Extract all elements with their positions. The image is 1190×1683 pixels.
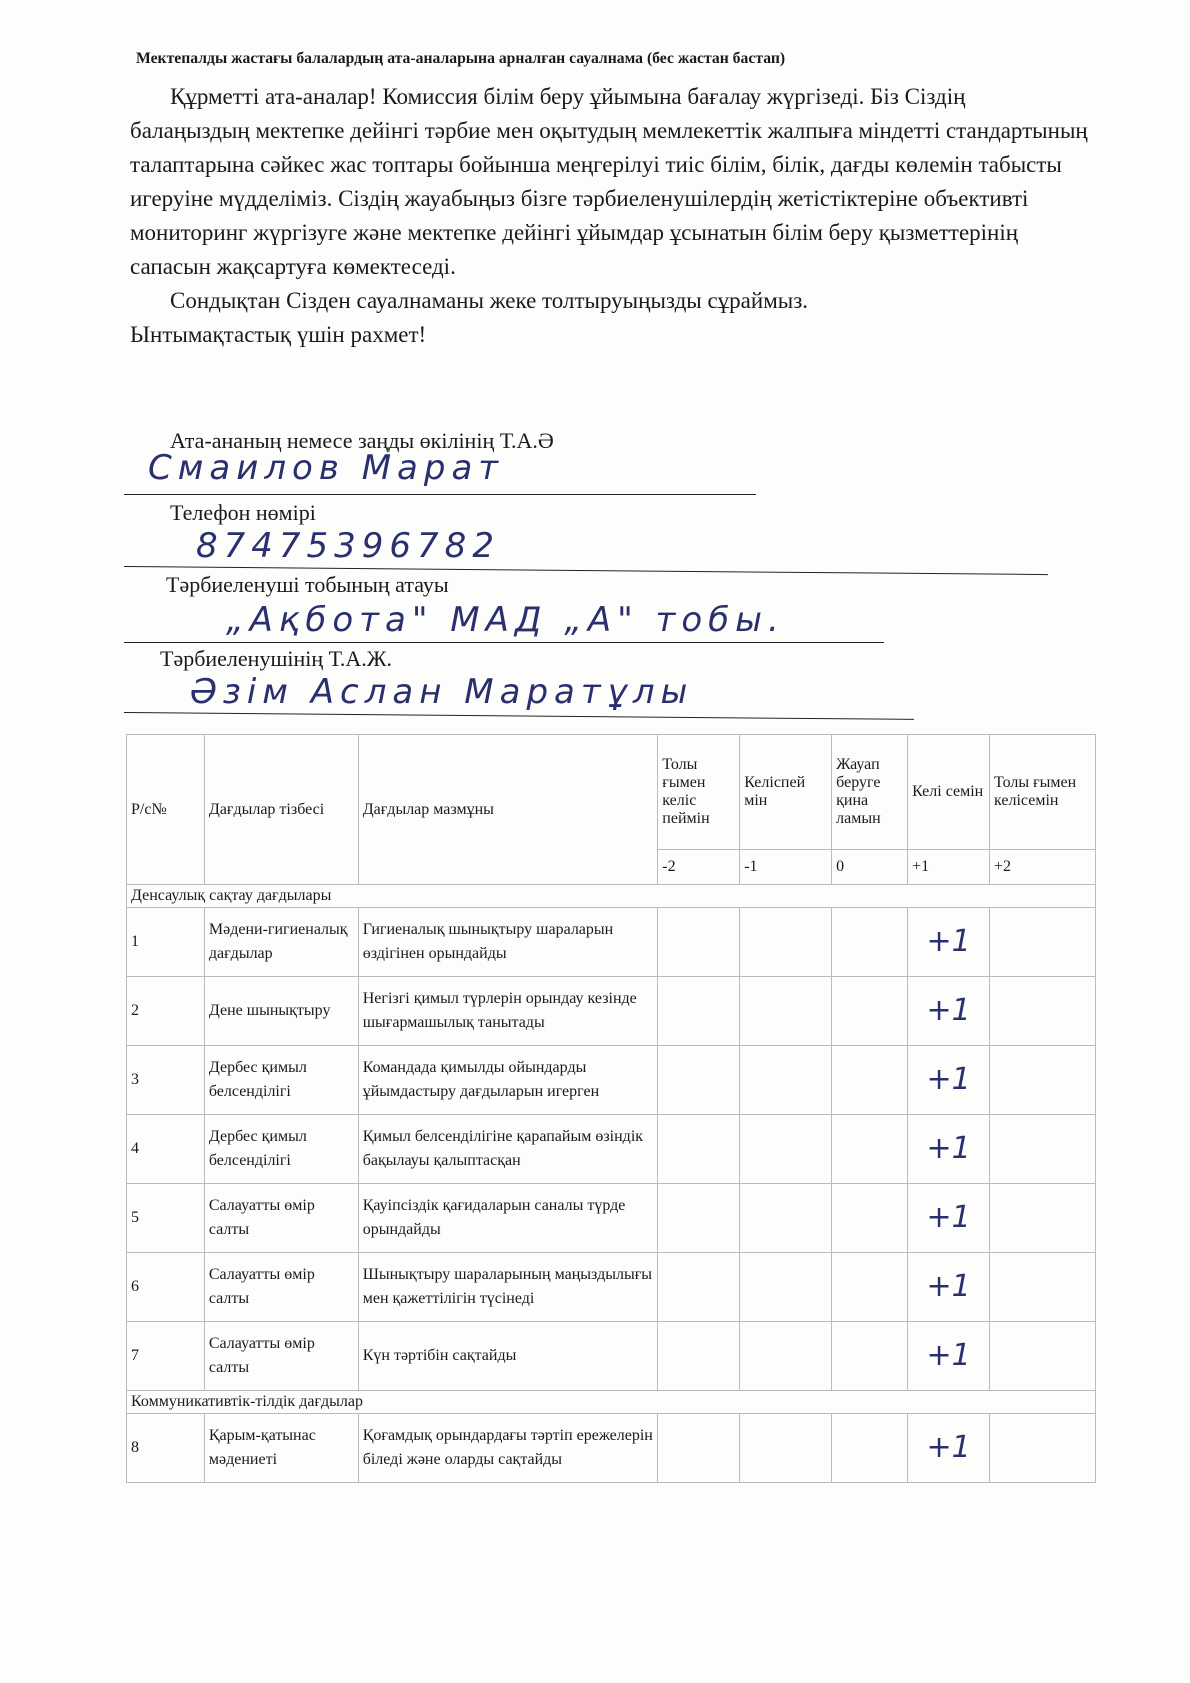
cell-content: Күн тәртібін сақтайды [358, 1322, 658, 1391]
answer-cell[interactable] [740, 1322, 832, 1391]
answer-cell[interactable] [658, 1253, 740, 1322]
group-name-label: Тәрбиеленуші тобының атауы [166, 572, 449, 598]
scale-value: +2 [990, 850, 1096, 885]
answer-cell[interactable] [990, 1115, 1096, 1184]
answer-cell[interactable] [740, 1184, 832, 1253]
answer-cell[interactable] [658, 1322, 740, 1391]
table-row: 8Қарым-қатынас мәдениетіҚоғамдық орындар… [127, 1414, 1096, 1483]
answer-cell[interactable] [990, 1414, 1096, 1483]
survey-table: Р/с№ Дағдылар тізбесі Дағдылар мазмұны Т… [126, 734, 1096, 1483]
section-title: Денсаулық сақтау дағдылары [127, 885, 1096, 908]
table-row: 6Салауатты өмір салтыШынықтыру шараларын… [127, 1253, 1096, 1322]
cell-num: 4 [127, 1115, 205, 1184]
cell-skill: Қарым-қатынас мәдениеті [204, 1414, 358, 1483]
phone-label: Телефон нөмірі [170, 500, 316, 526]
cell-num: 1 [127, 908, 205, 977]
table-header-row: Р/с№ Дағдылар тізбесі Дағдылар мазмұны Т… [127, 735, 1096, 850]
answer-cell[interactable] [990, 908, 1096, 977]
answer-cell-marked[interactable]: +1 [908, 1414, 990, 1483]
cell-num: 3 [127, 1046, 205, 1115]
cell-num: 2 [127, 977, 205, 1046]
answer-cell[interactable] [832, 1184, 908, 1253]
table-row: 3Дербес қимыл белсенділігіКомандада қимы… [127, 1046, 1096, 1115]
header-number: Р/с№ [127, 735, 205, 885]
intro-paragraph-1: Құрметті ата-аналар! Комиссия білім беру… [130, 80, 1090, 284]
cell-skill: Дербес қимыл белсенділігі [204, 1115, 358, 1184]
cell-content: Қимыл белсенділігіне қарапайым өзіндік б… [358, 1115, 658, 1184]
intro-text: Құрметті ата-аналар! Комиссия білім беру… [130, 80, 1090, 352]
table-row: 7Салауатты өмір салтыКүн тәртібін сақтай… [127, 1322, 1096, 1391]
cell-num: 6 [127, 1253, 205, 1322]
answer-cell[interactable] [832, 1046, 908, 1115]
header-skill-list: Дағдылар тізбесі [204, 735, 358, 885]
cell-content: Негізгі қимыл түрлерін орындау кезінде ш… [358, 977, 658, 1046]
cell-content: Қоғамдық орындардағы тәртіп ережелерін б… [358, 1414, 658, 1483]
scale-value: 0 [832, 850, 908, 885]
answer-cell[interactable] [990, 1046, 1096, 1115]
child-name-line [124, 712, 914, 720]
cell-content: Қауіпсіздік қағидаларын саналы түрде оры… [358, 1184, 658, 1253]
table-row: 2Дене шынықтыруНегізгі қимыл түрлерін ор… [127, 977, 1096, 1046]
section-header-row: Коммуникативтік-тілдік дағдылар [127, 1391, 1096, 1414]
child-name-label: Тәрбиеленушінің Т.А.Ж. [160, 646, 392, 672]
group-name-line [124, 642, 884, 643]
answer-cell[interactable] [832, 1253, 908, 1322]
answer-cell[interactable] [740, 908, 832, 977]
answer-cell[interactable] [658, 908, 740, 977]
answer-cell[interactable] [740, 1115, 832, 1184]
cell-skill: Салауатты өмір салты [204, 1184, 358, 1253]
table-row: 4Дербес қимыл белсенділігіҚимыл белсенді… [127, 1115, 1096, 1184]
answer-cell[interactable] [740, 1414, 832, 1483]
header-strongly-agree: Толы ғымен келісемін [990, 735, 1096, 850]
answer-cell-marked[interactable]: +1 [908, 1046, 990, 1115]
cell-num: 8 [127, 1414, 205, 1483]
answer-cell[interactable] [740, 977, 832, 1046]
intro-paragraph-3: Ынтымақтастық үшін рахмет! [130, 318, 1090, 352]
answer-cell[interactable] [990, 977, 1096, 1046]
answer-cell[interactable] [832, 908, 908, 977]
intro-paragraph-2: Сондықтан Сізден сауалнаманы жеке толтыр… [130, 284, 1090, 318]
answer-cell[interactable] [990, 1253, 1096, 1322]
header-strongly-disagree: Толы ғымен келіс пеймін [658, 735, 740, 850]
table-row: 1Мәдени-гигиеналық дағдыларГигиеналық шы… [127, 908, 1096, 977]
answer-cell[interactable] [990, 1322, 1096, 1391]
header-skill-content: Дағдылар мазмұны [358, 735, 658, 885]
group-name-value[interactable]: „Ақбота" МАД „А" тобы. [226, 600, 785, 640]
answer-cell[interactable] [658, 1184, 740, 1253]
cell-skill: Салауатты өмір салты [204, 1253, 358, 1322]
answer-cell-marked[interactable]: +1 [908, 977, 990, 1046]
cell-skill: Мәдени-гигиеналық дағдылар [204, 908, 358, 977]
table-row: 5Салауатты өмір салтыҚауіпсіздік қағидал… [127, 1184, 1096, 1253]
answer-cell[interactable] [658, 977, 740, 1046]
section-title: Коммуникативтік-тілдік дағдылар [127, 1391, 1096, 1414]
answer-cell[interactable] [658, 1414, 740, 1483]
cell-skill: Салауатты өмір салты [204, 1322, 358, 1391]
section-header-row: Денсаулық сақтау дағдылары [127, 885, 1096, 908]
header-disagree: Келіспей мін [740, 735, 832, 850]
cell-num: 7 [127, 1322, 205, 1391]
header-agree: Келі семін [908, 735, 990, 850]
cell-content: Гигиеналық шынықтыру шараларын өздігінен… [358, 908, 658, 977]
parent-name-value[interactable]: Смаилов Марат [148, 448, 504, 488]
phone-value[interactable]: 87475396782 [196, 526, 500, 566]
answer-cell[interactable] [658, 1046, 740, 1115]
answer-cell[interactable] [832, 977, 908, 1046]
answer-cell-marked[interactable]: +1 [908, 1322, 990, 1391]
answer-cell[interactable] [832, 1414, 908, 1483]
answer-cell[interactable] [658, 1115, 740, 1184]
cell-num: 5 [127, 1184, 205, 1253]
answer-cell[interactable] [832, 1115, 908, 1184]
cell-content: Шынықтыру шараларының маңыздылығы мен қа… [358, 1253, 658, 1322]
scale-value: -1 [740, 850, 832, 885]
scale-value: +1 [908, 850, 990, 885]
child-name-value[interactable]: Әзім Аслан Маратұлы [190, 672, 693, 712]
parent-name-line [124, 494, 756, 495]
answer-cell[interactable] [740, 1046, 832, 1115]
scale-value: -2 [658, 850, 740, 885]
answer-cell[interactable] [832, 1322, 908, 1391]
answer-cell-marked[interactable]: +1 [908, 1115, 990, 1184]
header-undecided: Жауап беруге қина ламын [832, 735, 908, 850]
answer-cell-marked[interactable]: +1 [908, 1184, 990, 1253]
document-title: Мектепалды жастағы балалардың ата-аналар… [136, 50, 1047, 68]
answer-cell[interactable] [740, 1253, 832, 1322]
cell-content: Командада қимылды ойындарды ұйымдастыру … [358, 1046, 658, 1115]
answer-cell[interactable] [990, 1184, 1096, 1253]
answer-cell-marked[interactable]: +1 [908, 1253, 990, 1322]
cell-skill: Дербес қимыл белсенділігі [204, 1046, 358, 1115]
cell-skill: Дене шынықтыру [204, 977, 358, 1046]
answer-cell-marked[interactable]: +1 [908, 908, 990, 977]
